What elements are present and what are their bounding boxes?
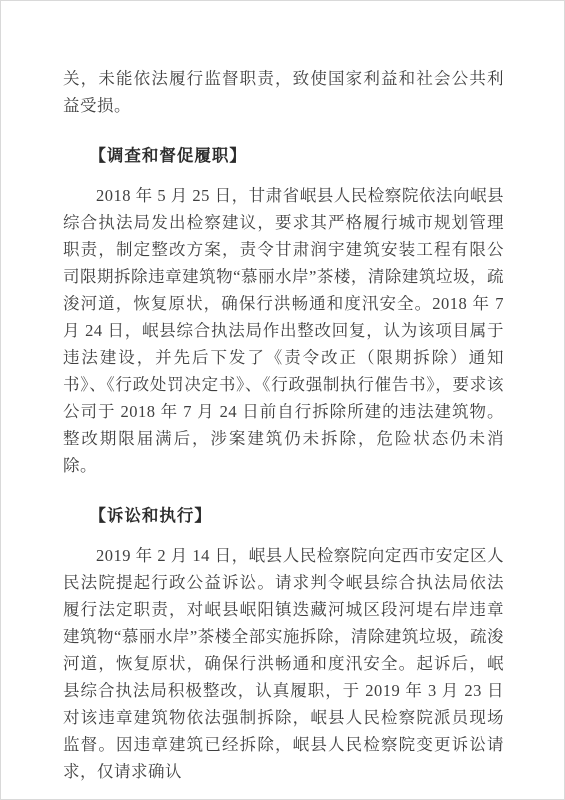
- paragraph-continuation: 关，未能依法履行监督职责，致使国家利益和社会公共利益受损。: [63, 65, 504, 119]
- paragraph-investigation: 2018 年 5 月 25 日，甘肃省岷县人民检察院依法向岷县综合执法局发出检察…: [63, 182, 504, 479]
- document-content: 关，未能依法履行监督职责，致使国家利益和社会公共利益受损。 【调查和督促履职】 …: [63, 65, 504, 785]
- section-heading-litigation: 【诉讼和执行】: [63, 502, 504, 529]
- paragraph-litigation: 2019 年 2 月 14 日，岷县人民检察院向定西市安定区人民法院提起行政公益…: [63, 542, 504, 785]
- section-heading-investigation: 【调查和督促履职】: [63, 142, 504, 169]
- document-page: 关，未能依法履行监督职责，致使国家利益和社会公共利益受损。 【调查和督促履职】 …: [0, 0, 565, 800]
